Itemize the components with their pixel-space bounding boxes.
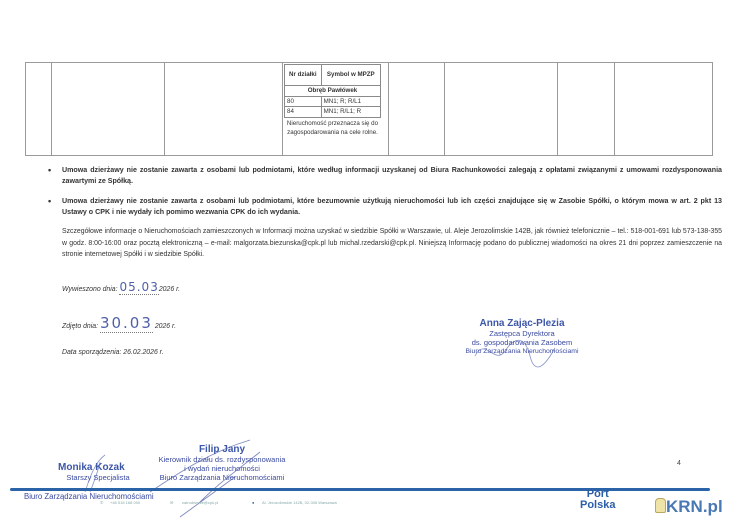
removed-date-handwritten: 30.03 <box>100 314 153 333</box>
plot-number: 80 <box>285 96 322 107</box>
house-icon <box>655 498 666 513</box>
contact-info-paragraph: Szczegółowe informacje o Nieruchomościac… <box>62 226 722 261</box>
header-zoning-symbol: Symbol w MPZP <box>321 65 380 86</box>
footer-phone: +48 518 168 000 <box>110 500 140 505</box>
column-divider <box>164 63 165 155</box>
prepared-date: Data sporządzenia: 26.02.2026 r. <box>62 349 164 356</box>
phone-icon: ✆ <box>100 500 103 505</box>
removed-label: Zdjęto dnia: <box>62 323 98 330</box>
parcel-table: Nr działki Symbol w MPZP Obręb Pawłówek … <box>25 62 713 156</box>
page-number: 4 <box>677 460 681 467</box>
logo-line: Polska <box>580 500 615 511</box>
location-pin-icon: ● <box>252 500 254 505</box>
condition-bullet: Umowa dzierżawy nie zostanie zawarta z o… <box>62 196 722 218</box>
posted-date-handwritten: 05.03 <box>119 280 158 295</box>
plot-zoning-table: Nr działki Symbol w MPZP Obręb Pawłówek … <box>284 64 381 138</box>
removed-year: 2026 r. <box>155 323 176 330</box>
header-plot-number: Nr działki <box>285 65 322 86</box>
zoning-symbol: MN1; R/L1; R <box>321 107 380 118</box>
footer-email: zatrudnienie@cpk.pl <box>182 500 218 505</box>
table-row: 84 MN1; R/L1; R <box>285 107 381 118</box>
column-divider <box>282 63 283 155</box>
plot-number: 84 <box>285 107 322 118</box>
posted-date-line: Wywieszono dnia: 05.032026 r. <box>62 280 180 294</box>
zoning-symbol: MN1; R; R/L1 <box>321 96 380 107</box>
footer-address: Al. Jerozolimskie 142B, 02-305 Warszawa <box>262 500 337 505</box>
removed-date-line: Zdjęto dnia: 30.03 2026 r. <box>62 314 176 332</box>
condition-bullet: Umowa dzierżawy nie zostanie zawarta z o… <box>62 165 722 187</box>
column-divider <box>51 63 52 155</box>
posted-label: Wywieszono dnia: <box>62 286 118 293</box>
land-use-note: Nieruchomość przeznacza się do zagospoda… <box>284 118 381 138</box>
column-divider <box>557 63 558 155</box>
table-row: 80 MN1; R; R/L1 <box>285 96 381 107</box>
port-polska-logo: Port Polska <box>580 489 615 511</box>
krn-watermark: KRN.pl <box>655 497 723 517</box>
column-divider <box>388 63 389 155</box>
manager-signature <box>140 432 290 522</box>
column-divider <box>614 63 615 155</box>
precinct-label: Obręb Pawłówek <box>285 86 381 97</box>
email-icon: ✉ <box>170 500 173 505</box>
posted-year: 2026 r. <box>159 286 180 293</box>
watermark-text: KRN.pl <box>666 497 723 516</box>
director-signature <box>470 326 560 371</box>
column-divider <box>444 63 445 155</box>
